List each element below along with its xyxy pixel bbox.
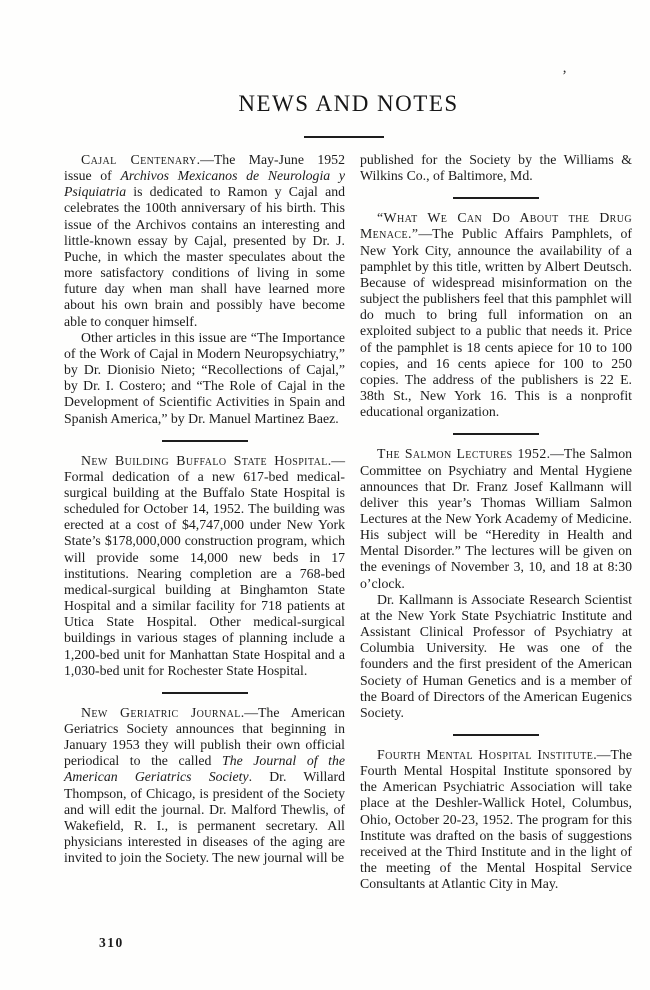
paragraph: published for the Society by the William… <box>360 152 632 184</box>
body-text: —The Public Affairs Pamphlets, of New Yo… <box>360 226 632 419</box>
section-divider <box>453 433 539 435</box>
paragraph: Cajal Centenary.—The May-June 1952 issue… <box>64 152 345 330</box>
section-divider <box>162 440 248 442</box>
paragraph: Other articles in this issue are “The Im… <box>64 330 345 427</box>
paragraph: “What We Can Do About the Drug Menace.”—… <box>360 210 632 420</box>
left-column: Cajal Centenary.—The May-June 1952 issue… <box>64 152 345 866</box>
section-divider <box>453 197 539 199</box>
section-divider <box>162 692 248 694</box>
body-text: Other articles in this issue are “The Im… <box>64 330 345 426</box>
paragraph: The Salmon Lectures 1952.—The Salmon Com… <box>360 446 632 591</box>
page-number: 310 <box>99 935 124 951</box>
article-heading: The Salmon Lectures 1952 <box>377 446 547 461</box>
body-text: .—Formal dedication of a new 617-bed med… <box>64 453 345 678</box>
journal-page: NEWS AND NOTES ’ Cajal Centenary.—The Ma… <box>0 0 650 990</box>
body-text: Dr. Kallmann is Associate Research Scien… <box>360 592 632 720</box>
paragraph: New Building Buffalo State Hospital.—For… <box>64 453 345 679</box>
article-heading: New Geriatric Journal <box>81 705 241 720</box>
article-heading: Cajal Centenary <box>81 152 197 167</box>
body-text: .—The Fourth Mental Hospital Institute s… <box>360 747 632 891</box>
body-text: published for the Society by the William… <box>360 152 632 183</box>
page-title: NEWS AND NOTES <box>65 91 632 117</box>
scan-artifact: ’ <box>562 68 567 85</box>
right-column: published for the Society by the William… <box>360 152 632 892</box>
body-text: .—The Salmon Committee on Psychiatry and… <box>360 446 632 590</box>
article-heading: Fourth Mental Hospital Institute <box>377 747 593 762</box>
paragraph: Dr. Kallmann is Associate Research Scien… <box>360 592 632 721</box>
body-text: is dedicated to Ramon y Cajal and celebr… <box>64 184 345 328</box>
paragraph: New Geriatric Journal.—The American Geri… <box>64 705 345 867</box>
section-divider <box>453 734 539 736</box>
title-rule <box>304 136 384 138</box>
article-heading: New Building Buffalo State Hospital <box>81 453 328 468</box>
paragraph: Fourth Mental Hospital Institute.—The Fo… <box>360 747 632 892</box>
